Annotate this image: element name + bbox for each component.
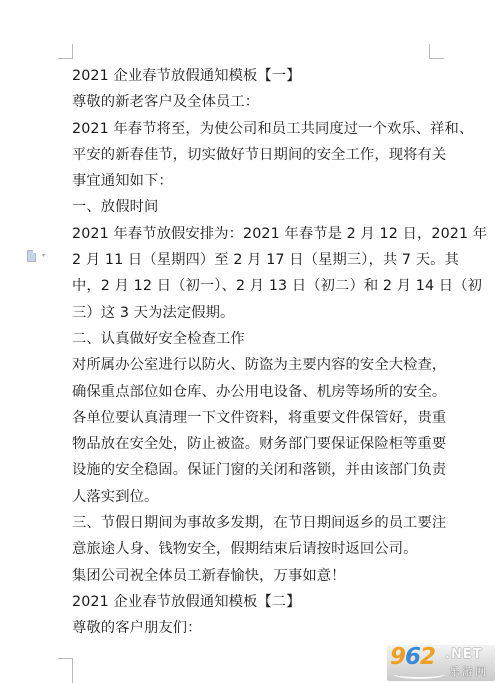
site-watermark-logo: 962 .NET 乐游网 <box>387 645 495 681</box>
section-heading-2: 二、认真做好安全检查工作 <box>72 326 428 352</box>
body-line: 设施的安全稳固。保证门窗的关闭和落锁，并由该部门负责 <box>72 457 428 483</box>
salutation-1: 尊敬的新老客户及全体员工： <box>72 89 428 115</box>
body-line: 人落实到位。 <box>72 484 428 510</box>
body-line: 2 月 11 日（星期四）至 2 月 17 日（星期三），共 7 天。其 <box>72 247 428 273</box>
body-line: 各单位要认真清理一下文件资料，将重要文件保管好，贵重 <box>72 405 428 431</box>
paragraph-options-icon[interactable] <box>27 250 36 262</box>
body-line: 物品放在安全处，防止被盗。财务部门要保证保险柜等重要 <box>72 431 428 457</box>
swoosh-icon <box>393 669 445 679</box>
body-line: 确保重点部位如仓库、办公用电设备、机房等场所的安全。 <box>72 379 428 405</box>
margin-corner-top-right <box>429 44 444 59</box>
section-heading-1: 一、放假时间 <box>72 194 428 220</box>
watermark-net: .NET <box>445 647 483 662</box>
body-line: 事宜通知如下： <box>72 168 428 194</box>
body-line: 中，2 月 12 日（初一）、2 月 13 日（初二）和 2 月 14 日（初 <box>72 273 428 299</box>
doc-title-2: 2021 企业春节放假通知模板【二】 <box>72 589 428 615</box>
watermark-number: 962 <box>390 645 435 669</box>
margin-corner-bottom-left <box>58 658 73 683</box>
margin-corner-top-left <box>58 44 73 59</box>
document-page: ▾ 2021 企业春节放假通知模板【一】 尊敬的新老客户及全体员工： 2021 … <box>0 0 499 683</box>
body-line: 三）这 3 天为法定假期。 <box>72 300 428 326</box>
section-heading-3: 三、节假日期间为事故多发期，在节日期间返乡的员工要注 <box>72 510 428 536</box>
watermark-cn: 乐游网 <box>449 663 488 679</box>
closing-line: 集团公司祝全体员工新春愉快，万事如意！ <box>72 563 428 589</box>
chevron-down-icon[interactable]: ▾ <box>42 252 45 259</box>
salutation-2: 尊敬的客户朋友们： <box>72 615 428 641</box>
body-line: 2021 年春节放假安排为：2021 年春节是 2 月 12 日，2021 年 <box>72 221 428 247</box>
document-body[interactable]: 2021 企业春节放假通知模板【一】 尊敬的新老客户及全体员工： 2021 年春… <box>72 63 428 642</box>
body-line: 平安的新春佳节，切实做好节日期间的安全工作，现将有关 <box>72 142 428 168</box>
body-line: 对所属办公室进行以防火、防盗为主要内容的安全大检查， <box>72 352 428 378</box>
body-line: 2021 年春节将至，为使公司和员工共同度过一个欢乐、祥和、 <box>72 116 428 142</box>
doc-title-1: 2021 企业春节放假通知模板【一】 <box>72 63 428 89</box>
body-line: 意旅途人身、钱物安全，假期结束后请按时返回公司。 <box>72 536 428 562</box>
